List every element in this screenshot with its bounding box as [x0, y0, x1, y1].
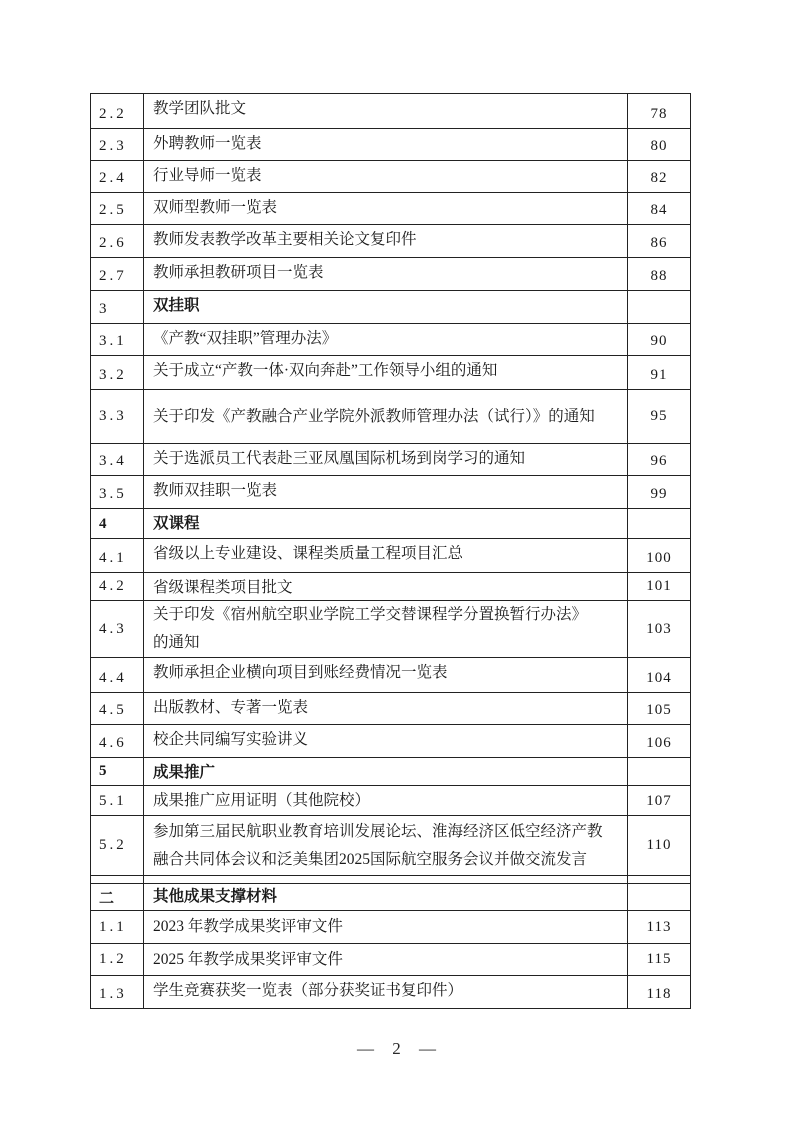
table-row: 4.6 校企共同编写实验讲义 106 — [91, 725, 691, 758]
row-page: 88 — [628, 258, 691, 291]
row-page: 105 — [628, 693, 691, 725]
row-page: 104 — [628, 658, 691, 693]
row-title: 出版教材、专著一览表 — [144, 693, 628, 725]
row-title: 教师承担企业横向项目到账经费情况一览表 — [144, 658, 628, 693]
row-page: 82 — [628, 161, 691, 193]
section-header-row: 4 双课程 — [91, 509, 691, 539]
table-row: 1.3 学生竞赛获奖一览表（部分获奖证书复印件） 118 — [91, 976, 691, 1009]
table-row: 4.5 出版教材、专著一览表 105 — [91, 693, 691, 725]
table-row: 2.2 教学团队批文 78 — [91, 94, 691, 129]
row-title: 成果推广应用证明（其他院校） — [144, 786, 628, 816]
table-row: 4.3 关于印发《宿州航空职业学院工学交替课程学分置换暂行办法》 的通知 103 — [91, 601, 691, 658]
section-header-row: 5 成果推广 — [91, 758, 691, 786]
row-page: 113 — [628, 911, 691, 944]
row-page: 106 — [628, 725, 691, 758]
row-title: 学生竞赛获奖一览表（部分获奖证书复印件） — [144, 976, 628, 1009]
row-page: 80 — [628, 129, 691, 161]
row-title: 教师双挂职一览表 — [144, 476, 628, 509]
spacer-cell — [91, 876, 144, 884]
section-header-row: 二 其他成果支撑材料 — [91, 884, 691, 911]
row-number: 4.6 — [91, 725, 144, 758]
section-title: 双挂职 — [144, 291, 628, 324]
row-number: 2.4 — [91, 161, 144, 193]
table-row: 2.5 双师型教师一览表 84 — [91, 193, 691, 225]
section-title: 双课程 — [144, 509, 628, 539]
row-number: 二 — [91, 884, 144, 911]
row-number: 3.4 — [91, 444, 144, 476]
row-number: 3.5 — [91, 476, 144, 509]
row-number: 2.3 — [91, 129, 144, 161]
section-header-row: 3 双挂职 — [91, 291, 691, 324]
row-number: 3.2 — [91, 356, 144, 390]
row-page — [628, 884, 691, 911]
row-number: 5.2 — [91, 816, 144, 876]
row-title: 关于成立“产教一体·双向奔赴”工作领导小组的通知 — [144, 356, 628, 390]
row-page: 84 — [628, 193, 691, 225]
row-page: 95 — [628, 390, 691, 444]
row-page: 96 — [628, 444, 691, 476]
table-row: 4.2 省级课程类项目批文 101 — [91, 573, 691, 601]
table-row: 3.5 教师双挂职一览表 99 — [91, 476, 691, 509]
table-row: 1.2 2025 年教学成果奖评审文件 115 — [91, 944, 691, 976]
table-row: 4.1 省级以上专业建设、课程类质量工程项目汇总 100 — [91, 539, 691, 573]
row-number: 5 — [91, 758, 144, 786]
row-page — [628, 758, 691, 786]
row-title: 教师承担教研项目一览表 — [144, 258, 628, 291]
row-page: 103 — [628, 601, 691, 658]
row-number: 2.5 — [91, 193, 144, 225]
table-row: 5.1 成果推广应用证明（其他院校） 107 — [91, 786, 691, 816]
row-page: 78 — [628, 94, 691, 129]
table-row: 3.4 关于选派员工代表赴三亚凤凰国际机场到岗学习的通知 96 — [91, 444, 691, 476]
row-page: 100 — [628, 539, 691, 573]
row-title: 校企共同编写实验讲义 — [144, 725, 628, 758]
row-title: 双师型教师一览表 — [144, 193, 628, 225]
row-title: 省级课程类项目批文 — [144, 573, 628, 601]
row-title: 参加第三届民航职业教育培训发展论坛、淮海经济区低空经济产教 融合共同体会议和泛美… — [144, 816, 628, 876]
spacer-cell — [628, 876, 691, 884]
row-title: 关于选派员工代表赴三亚凤凰国际机场到岗学习的通知 — [144, 444, 628, 476]
row-page: 101 — [628, 573, 691, 601]
row-title: 2023 年教学成果奖评审文件 — [144, 911, 628, 944]
row-number: 2.6 — [91, 225, 144, 258]
row-number: 1.2 — [91, 944, 144, 976]
table-row: 5.2 参加第三届民航职业教育培训发展论坛、淮海经济区低空经济产教 融合共同体会… — [91, 816, 691, 876]
section-title: 其他成果支撑材料 — [144, 884, 628, 911]
table-row: 3.1 《产教“双挂职”管理办法》 90 — [91, 324, 691, 356]
row-number: 4.3 — [91, 601, 144, 658]
toc-table: 2.2 教学团队批文 78 2.3 外聘教师一览表 80 2.4 行业导师一览表… — [90, 93, 691, 1009]
table-row: 2.7 教师承担教研项目一览表 88 — [91, 258, 691, 291]
row-title: 关于印发《产教融合产业学院外派教师管理办法（试行）》的通知 — [144, 390, 628, 444]
row-number: 5.1 — [91, 786, 144, 816]
row-title: 2025 年教学成果奖评审文件 — [144, 944, 628, 976]
row-page — [628, 509, 691, 539]
table-row: 2.4 行业导师一览表 82 — [91, 161, 691, 193]
row-page: 110 — [628, 816, 691, 876]
table-row: 2.3 外聘教师一览表 80 — [91, 129, 691, 161]
spacer-row — [91, 876, 691, 884]
row-title: 教师发表教学改革主要相关论文复印件 — [144, 225, 628, 258]
row-number: 1.1 — [91, 911, 144, 944]
row-number: 4.1 — [91, 539, 144, 573]
row-number: 4.2 — [91, 573, 144, 601]
table-row: 3.2 关于成立“产教一体·双向奔赴”工作领导小组的通知 91 — [91, 356, 691, 390]
row-page: 107 — [628, 786, 691, 816]
row-page: 118 — [628, 976, 691, 1009]
table-row: 4.4 教师承担企业横向项目到账经费情况一览表 104 — [91, 658, 691, 693]
table-row: 2.6 教师发表教学改革主要相关论文复印件 86 — [91, 225, 691, 258]
section-title: 成果推广 — [144, 758, 628, 786]
page-number-footer: — 2 — — [0, 1039, 793, 1059]
row-page: 86 — [628, 225, 691, 258]
spacer-cell — [144, 876, 628, 884]
row-number: 3 — [91, 291, 144, 324]
row-number: 2.2 — [91, 94, 144, 129]
row-title: 省级以上专业建设、课程类质量工程项目汇总 — [144, 539, 628, 573]
row-title: 《产教“双挂职”管理办法》 — [144, 324, 628, 356]
row-title: 教学团队批文 — [144, 94, 628, 129]
row-number: 2.7 — [91, 258, 144, 291]
row-page: 99 — [628, 476, 691, 509]
row-page: 91 — [628, 356, 691, 390]
table-row: 1.1 2023 年教学成果奖评审文件 113 — [91, 911, 691, 944]
row-page: 90 — [628, 324, 691, 356]
row-page — [628, 291, 691, 324]
row-title: 外聘教师一览表 — [144, 129, 628, 161]
row-number: 3.1 — [91, 324, 144, 356]
row-title: 关于印发《宿州航空职业学院工学交替课程学分置换暂行办法》 的通知 — [144, 601, 628, 658]
row-title: 行业导师一览表 — [144, 161, 628, 193]
row-number: 4.5 — [91, 693, 144, 725]
row-number: 4.4 — [91, 658, 144, 693]
table-row: 3.3 关于印发《产教融合产业学院外派教师管理办法（试行）》的通知 95 — [91, 390, 691, 444]
row-number: 4 — [91, 509, 144, 539]
row-page: 115 — [628, 944, 691, 976]
row-number: 1.3 — [91, 976, 144, 1009]
row-number: 3.3 — [91, 390, 144, 444]
